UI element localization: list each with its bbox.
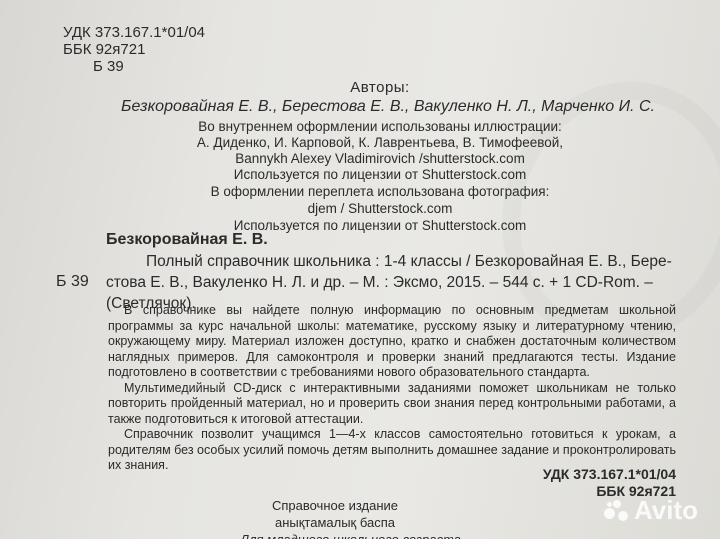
udk-code: УДК 373.167.1*01/04 [543,466,676,483]
illustrations-credits: Во внутреннем оформлении использованы ил… [80,119,680,183]
credit-line: Bannykh Alexey Vladimirovich /shuttersto… [80,151,680,167]
avito-brand: Avito [634,495,698,526]
authors-list: Безкоровайная Е. В., Берестова Е. В., Ва… [88,98,688,116]
edition-type: Справочное издание анықтамалық баспа [240,497,430,531]
biblio-line: стова Е. В., Вакуленко Н. Л. и др. – М. … [106,272,678,293]
avito-logo-icon [604,500,630,522]
age-group: Для младшего школьного возраста [240,532,430,539]
annotation: В справочнике вы найдете полную информац… [108,303,676,474]
main-author: Безкоровайная Е. В. [106,231,268,249]
authors-label: Авторы: [80,79,680,96]
credit-line: Используется по лицензии от Shutterstock… [80,167,680,183]
bbk-code: ББК 92я721 [63,41,205,58]
credit-line: Во внутреннем оформлении использованы ил… [80,119,680,135]
udk-code: УДК 373.167.1*01/04 [63,24,205,41]
cover-credits: В оформлении переплета использована фото… [80,183,680,234]
avito-watermark: Avito [604,495,698,526]
credit-line: В оформлении переплета использована фото… [80,183,680,200]
edition-kz: анықтамалық баспа [240,514,430,531]
udk-header: УДК 373.167.1*01/04 ББК 92я721 [63,24,205,58]
credit-line: djem / Shutterstock.com [80,200,680,217]
author-mark-top: Б 39 [93,58,124,75]
annotation-paragraph: В справочнике вы найдете полную информац… [108,303,676,381]
credit-line: А. Диденко, И. Карповой, К. Лаврентьева,… [80,135,680,151]
biblio-line: Полный справочник школьника : 1-4 классы… [106,251,678,272]
author-mark-left: Б 39 [56,273,89,291]
edition-ru: Справочное издание [240,497,430,514]
annotation-paragraph: Мультимедийный CD-диск с интерактивными … [108,381,676,428]
